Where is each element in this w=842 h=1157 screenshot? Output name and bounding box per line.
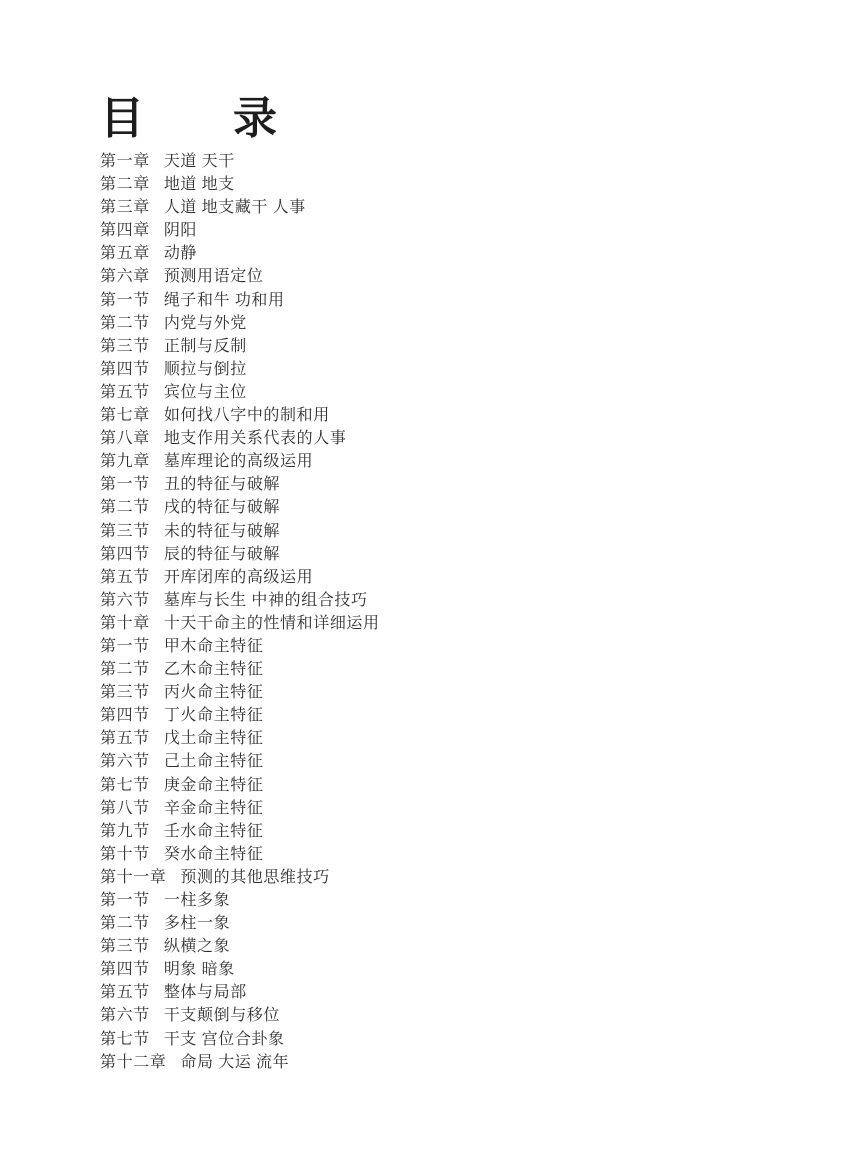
toc-entry: 第六节 己土命主特征	[100, 750, 782, 773]
toc-entry: 第五节 开库闭库的高级运用	[100, 566, 782, 589]
toc-entry-title: 命局 大运 流年	[180, 1051, 289, 1074]
toc-entry: 第四节 明象 暗象	[100, 958, 782, 981]
toc-entry-title: 绳子和牛 功和用	[164, 289, 285, 312]
toc-entry: 第一节 绳子和牛 功和用	[100, 289, 782, 312]
toc-entry-title: 丑的特征与破解	[164, 473, 280, 496]
toc-entry-title: 干支 宫位合卦象	[164, 1028, 285, 1051]
toc-entry-label: 第四节	[100, 958, 150, 981]
toc-entry-label: 第十章	[100, 612, 150, 635]
toc-entry-title: 甲木命主特征	[164, 635, 264, 658]
toc-entry-label: 第六节	[100, 1004, 150, 1027]
toc-entry-title: 开库闭库的高级运用	[164, 566, 313, 589]
toc-entry: 第一节 一柱多象	[100, 889, 782, 912]
toc-entry: 第二节 戌的特征与破解	[100, 496, 782, 519]
toc-entry-label: 第四节	[100, 704, 150, 727]
toc-entry-title: 墓库理论的高级运用	[164, 450, 313, 473]
toc-entry: 第八节 辛金命主特征	[100, 797, 782, 820]
toc-entry-title: 人道 地支藏干 人事	[164, 196, 306, 219]
toc-entry-title: 阴阳	[164, 219, 197, 242]
toc-entry-label: 第五节	[100, 381, 150, 404]
toc-entry-title: 丁火命主特征	[164, 704, 264, 727]
toc-entry-label: 第二节	[100, 658, 150, 681]
toc-entry-title: 整体与局部	[164, 981, 247, 1004]
toc-entry-label: 第八章	[100, 427, 150, 450]
toc-entry: 第五节 戊土命主特征	[100, 727, 782, 750]
toc-entry-label: 第五章	[100, 242, 150, 265]
toc-entry-label: 第八节	[100, 797, 150, 820]
toc-entry-title: 丙火命主特征	[164, 681, 264, 704]
toc-entry: 第五节 宾位与主位	[100, 381, 782, 404]
toc-entry: 第十一章 预测的其他思维技巧	[100, 866, 782, 889]
toc-entry-title: 壬水命主特征	[164, 820, 264, 843]
page-title-char-right: 录	[233, 97, 277, 141]
page-title: 目 录	[100, 97, 782, 141]
toc-entry-title: 多柱一象	[164, 912, 230, 935]
toc-entry: 第八章 地支作用关系代表的人事	[100, 427, 782, 450]
toc-entry: 第二章 地道 地支	[100, 173, 782, 196]
toc-entry: 第三节 正制与反制	[100, 335, 782, 358]
toc-entry-label: 第四节	[100, 543, 150, 566]
toc-entry-label: 第三节	[100, 935, 150, 958]
toc-entry: 第十二章 命局 大运 流年	[100, 1051, 782, 1074]
toc-entry-title: 己土命主特征	[164, 750, 264, 773]
toc-page: 目 录 第一章 天道 天干 第二章 地道 地支 第三章 人道 地支藏干 人事 第…	[0, 0, 842, 1157]
toc-entry-title: 地道 地支	[164, 173, 235, 196]
toc-entry-label: 第六节	[100, 589, 150, 612]
toc-entry-label: 第二节	[100, 496, 150, 519]
toc-entry-label: 第三节	[100, 520, 150, 543]
toc-entry-title: 十天干命主的性情和详细运用	[164, 612, 380, 635]
toc-entry-label: 第九章	[100, 450, 150, 473]
toc-entry: 第五节 整体与局部	[100, 981, 782, 1004]
toc-entry: 第七章 如何找八字中的制和用	[100, 404, 782, 427]
toc-entry-label: 第六节	[100, 750, 150, 773]
toc-entry: 第一节 甲木命主特征	[100, 635, 782, 658]
toc-entry: 第四章 阴阳	[100, 219, 782, 242]
toc-entry: 第四节 丁火命主特征	[100, 704, 782, 727]
toc-entry-title: 明象 暗象	[164, 958, 235, 981]
toc-entry-title: 戊土命主特征	[164, 727, 264, 750]
toc-entry: 第二节 内党与外党	[100, 312, 782, 335]
toc-entry: 第一节 丑的特征与破解	[100, 473, 782, 496]
toc-entry-label: 第十一章	[100, 866, 166, 889]
toc-entry-label: 第三节	[100, 335, 150, 358]
toc-entry: 第七节 干支 宫位合卦象	[100, 1028, 782, 1051]
toc-entry-label: 第一章	[100, 150, 150, 173]
toc-entry-label: 第七章	[100, 404, 150, 427]
toc-entry-title: 顺拉与倒拉	[164, 358, 247, 381]
toc-entry-label: 第一节	[100, 473, 150, 496]
toc-entry-title: 癸水命主特征	[164, 843, 264, 866]
toc-entry-label: 第五节	[100, 566, 150, 589]
toc-entry-title: 辛金命主特征	[164, 797, 264, 820]
toc-entry-title: 动静	[164, 242, 197, 265]
toc-entry: 第七节 庚金命主特征	[100, 774, 782, 797]
toc-entry: 第六节 墓库与长生 中神的组合技巧	[100, 589, 782, 612]
toc-entry: 第三章 人道 地支藏干 人事	[100, 196, 782, 219]
toc-entry: 第十章 十天干命主的性情和详细运用	[100, 612, 782, 635]
toc-entry: 第一章 天道 天干	[100, 150, 782, 173]
toc-entry: 第九节 壬水命主特征	[100, 820, 782, 843]
toc-entry: 第十节 癸水命主特征	[100, 843, 782, 866]
toc-entry-title: 如何找八字中的制和用	[164, 404, 330, 427]
toc-entry-label: 第十节	[100, 843, 150, 866]
toc-entry-label: 第七节	[100, 774, 150, 797]
toc-entry-label: 第一节	[100, 889, 150, 912]
toc-entry-title: 乙木命主特征	[164, 658, 264, 681]
toc-entry: 第二节 乙木命主特征	[100, 658, 782, 681]
toc-entry: 第三节 纵横之象	[100, 935, 782, 958]
toc-entry-label: 第五节	[100, 727, 150, 750]
toc-entry-title: 墓库与长生 中神的组合技巧	[164, 589, 368, 612]
toc-entry-label: 第二节	[100, 312, 150, 335]
toc-entry-label: 第三节	[100, 681, 150, 704]
toc-entry-title: 干支颠倒与移位	[164, 1004, 280, 1027]
toc-entry: 第六节 干支颠倒与移位	[100, 1004, 782, 1027]
toc-entry-title: 未的特征与破解	[164, 520, 280, 543]
toc-entry-label: 第二章	[100, 173, 150, 196]
toc-entry-title: 内党与外党	[164, 312, 247, 335]
toc-entry: 第二节 多柱一象	[100, 912, 782, 935]
toc-entry: 第四节 顺拉与倒拉	[100, 358, 782, 381]
toc-entry: 第三节 未的特征与破解	[100, 520, 782, 543]
toc-entry-title: 戌的特征与破解	[164, 496, 280, 519]
toc-entry-label: 第四章	[100, 219, 150, 242]
toc-entry-title: 辰的特征与破解	[164, 543, 280, 566]
toc-entry-label: 第十二章	[100, 1051, 166, 1074]
toc-entry-title: 天道 天干	[164, 150, 235, 173]
toc-entry-title: 正制与反制	[164, 335, 247, 358]
toc-entry-title: 宾位与主位	[164, 381, 247, 404]
toc-list: 第一章 天道 天干 第二章 地道 地支 第三章 人道 地支藏干 人事 第四章 阴…	[100, 150, 782, 1074]
toc-entry: 第九章 墓库理论的高级运用	[100, 450, 782, 473]
toc-entry-label: 第一节	[100, 289, 150, 312]
toc-entry-title: 预测的其他思维技巧	[180, 866, 329, 889]
toc-entry: 第四节 辰的特征与破解	[100, 543, 782, 566]
toc-entry-title: 纵横之象	[164, 935, 230, 958]
toc-entry-label: 第二节	[100, 912, 150, 935]
toc-entry-title: 庚金命主特征	[164, 774, 264, 797]
toc-entry-label: 第五节	[100, 981, 150, 1004]
toc-entry-title: 地支作用关系代表的人事	[164, 427, 347, 450]
toc-entry-label: 第九节	[100, 820, 150, 843]
toc-entry-title: 预测用语定位	[164, 265, 264, 288]
page-title-char-left: 目	[100, 97, 144, 141]
toc-entry: 第三节 丙火命主特征	[100, 681, 782, 704]
toc-entry-label: 第六章	[100, 265, 150, 288]
toc-entry-label: 第三章	[100, 196, 150, 219]
toc-entry-title: 一柱多象	[164, 889, 230, 912]
toc-entry: 第五章 动静	[100, 242, 782, 265]
toc-entry: 第六章 预测用语定位	[100, 265, 782, 288]
toc-entry-label: 第一节	[100, 635, 150, 658]
toc-entry-label: 第七节	[100, 1028, 150, 1051]
toc-entry-label: 第四节	[100, 358, 150, 381]
